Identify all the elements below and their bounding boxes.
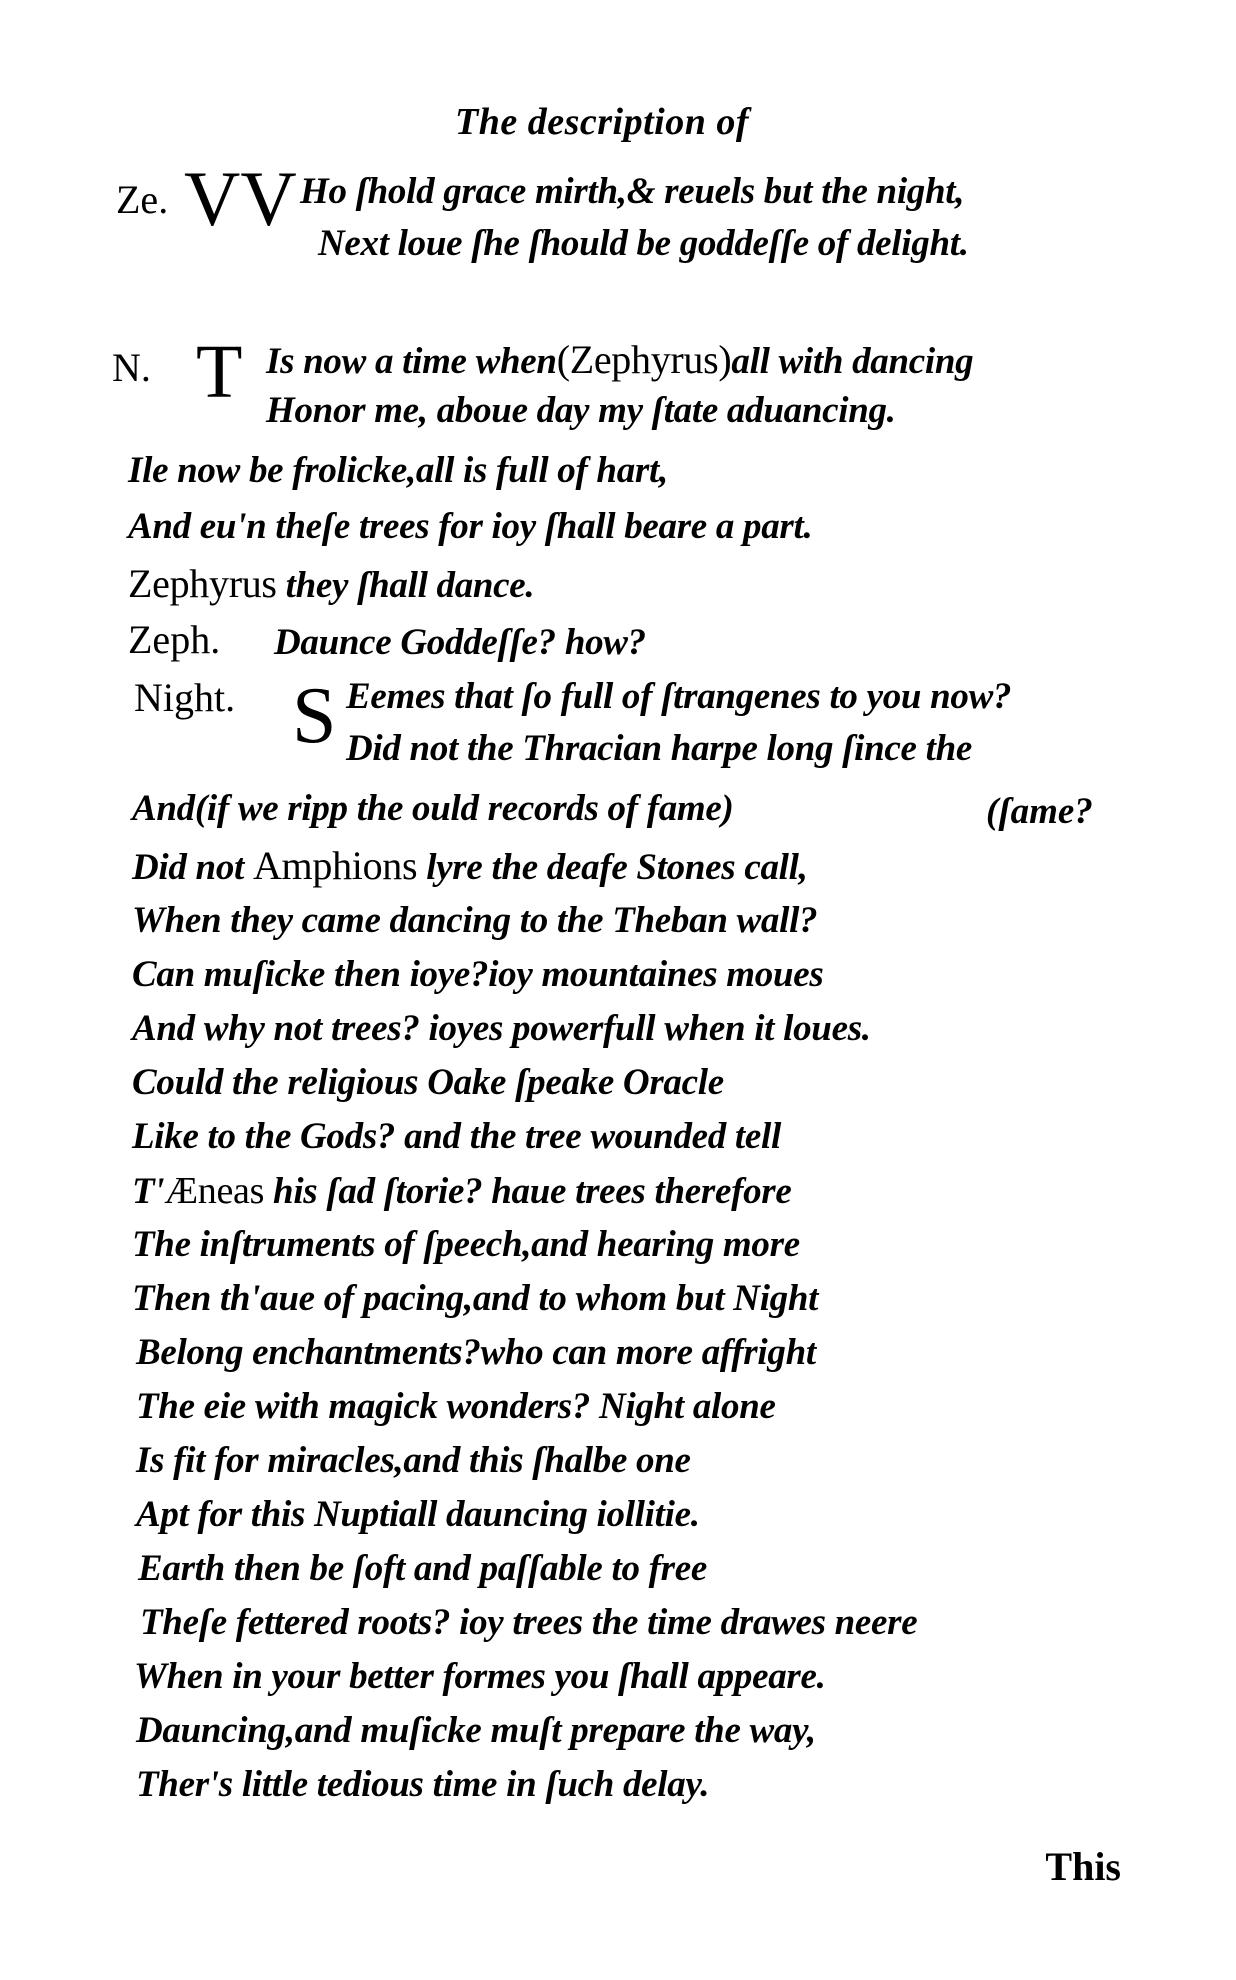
verse-text: Is now a time when <box>266 341 557 382</box>
verse-line: And eu'n theſe trees for ioy ſhall beare… <box>128 508 812 545</box>
verse-line: Could the religious Oake ſpeake Oracle <box>132 1064 724 1101</box>
verse-line: Like to the Gods? and the tree wounded t… <box>132 1118 781 1155</box>
verse-text: Did not <box>132 847 244 888</box>
verse-line: Ther's little tedious time in ſuch delay… <box>136 1766 709 1803</box>
book-page: The description of Ze. VV Ho ſhold grace… <box>0 0 1236 1980</box>
verse-text: T' <box>132 1171 164 1212</box>
verse-line: Is now a time when(Zephyrus)all with dan… <box>266 340 973 380</box>
verse-line: Earth then be ſoft and paſſable to free <box>138 1550 707 1587</box>
verse-line: Is fit for miracles,and this ſhalbe one <box>136 1442 691 1479</box>
verse-line: Can muſicke then ioye?ioy mountaines mou… <box>132 956 823 993</box>
verse-text: all with dancing <box>731 341 973 382</box>
catchword: This <box>1045 1843 1121 1890</box>
drop-cap-vv: VV <box>184 160 297 238</box>
verse-line: Did not Amphions lyre the deafe Stones c… <box>132 846 808 886</box>
speaker-label-night: N. <box>112 348 151 388</box>
verse-line: Belong enchantments?who can more affrigh… <box>136 1334 816 1371</box>
verse-line: Apt for this Nuptiall dauncing iollitie. <box>136 1496 700 1533</box>
name-zephyrus: Zephyrus <box>128 561 277 606</box>
verse-line: Zephyrus they ſhall dance. <box>128 564 534 604</box>
verse-line: When in your better formes you ſhall app… <box>134 1658 826 1695</box>
running-head: The description of <box>455 100 749 144</box>
verse-line: Did not the Thracian harpe long ſince th… <box>346 730 972 767</box>
verse-line: And why not trees? ioyes powerfull when … <box>132 1010 871 1047</box>
verse-line: Then th'aue of pacing,and to whom but Ni… <box>132 1280 818 1317</box>
verse-line: Daunce Goddeſſe? how? <box>274 624 646 661</box>
verse-line: Ho ſhold grace mirth,& reuels but the ni… <box>300 173 964 210</box>
name-aeneas: Æneas <box>164 1170 264 1212</box>
speaker-label-zeph: Zeph. <box>128 620 220 660</box>
name-amphions: Amphions <box>253 843 417 888</box>
verse-line: The inſtruments of ſpeech,and hearing mo… <box>132 1226 800 1263</box>
speaker-label-night-full: Night. <box>134 678 235 718</box>
verse-line: Theſe fettered roots? ioy trees the time… <box>140 1604 917 1641</box>
verse-line: Next loue ſhe ſhould be goddeſſe of deli… <box>318 225 969 262</box>
drop-cap-t: T <box>196 334 242 410</box>
verse-text: they ſhall dance. <box>286 565 535 606</box>
turnover-word: (ſame? <box>986 790 1093 833</box>
verse-text: lyre the deafe Stones call, <box>426 847 807 888</box>
verse-line: Dauncing,and muſicke muſt prepare the wa… <box>136 1712 816 1749</box>
verse-line: Eemes that ſo full of ſtrangenes to you … <box>346 678 1011 715</box>
verse-line: Ile now be frolicke,all is full of hart, <box>128 452 668 489</box>
verse-line: Honor me, aboue day my ſtate aduancing. <box>266 392 896 429</box>
drop-cap-s: S <box>292 676 337 756</box>
verse-line: When they came dancing to the Theban wal… <box>132 902 817 939</box>
verse-text: his ſad ſtorie? haue trees therefore <box>273 1171 791 1212</box>
name-zephyrus: (Zephyrus) <box>557 337 732 382</box>
verse-line: And(if we ripp the ould records of fame) <box>132 790 734 827</box>
verse-line: The eie with magick wonders? Night alone <box>136 1388 776 1425</box>
speaker-label-zephyrus: Ze. <box>116 180 168 220</box>
verse-line: T'Æneas his ſad ſtorie? haue trees there… <box>132 1172 792 1210</box>
